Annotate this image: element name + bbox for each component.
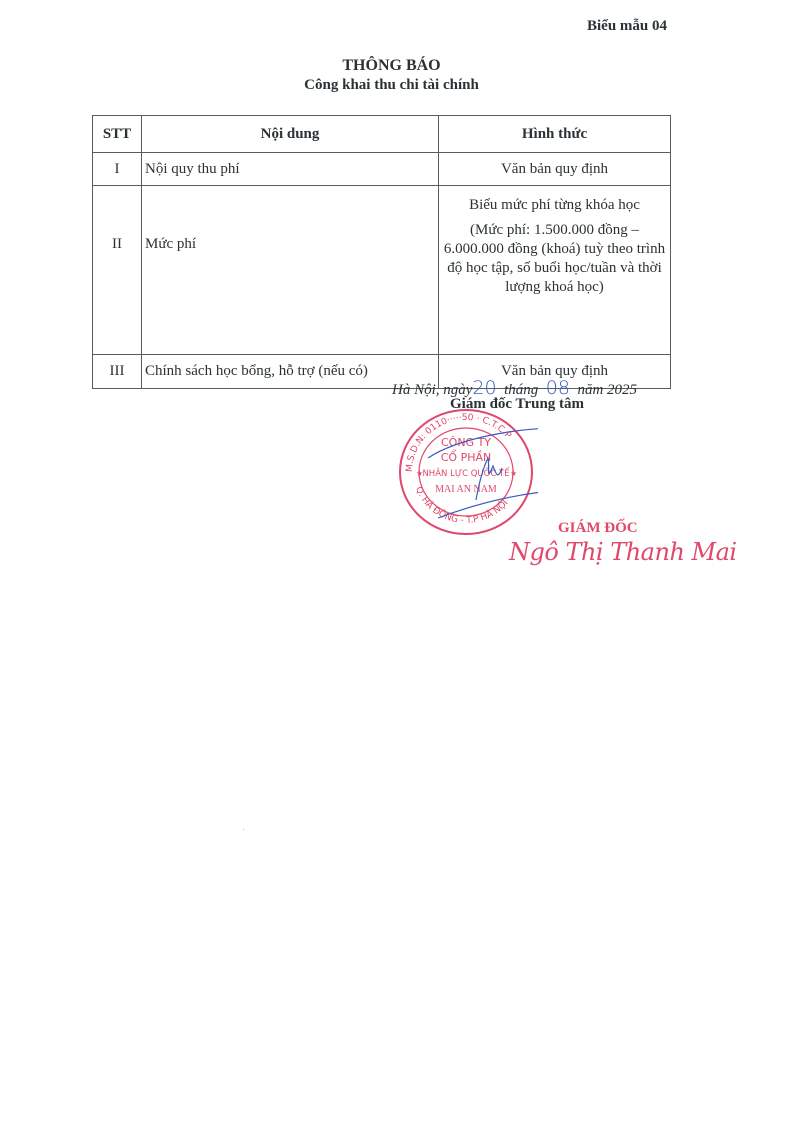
table-row: II Mức phí Biểu mức phí từng khóa học (M… — [93, 186, 671, 355]
header-stt: STT — [93, 116, 142, 153]
fee-range-note: (Mức phí: 1.500.000 đồng – 6.000.000 đồn… — [442, 221, 667, 297]
scan-speck — [243, 829, 244, 830]
svg-text:★: ★ — [510, 469, 517, 478]
signature-title: Giám đốc Trung tâm — [450, 396, 584, 413]
row-stt: I — [93, 153, 142, 186]
header-form: Hình thức — [439, 116, 671, 153]
year-label: năm 2025 — [577, 382, 637, 398]
table-row: I Nội quy thu phí Văn bản quy định — [93, 153, 671, 186]
director-label: GIÁM ĐỐC — [558, 520, 638, 537]
row-content: Mức phí — [142, 186, 439, 355]
row-content: Nội quy thu phí — [142, 153, 439, 186]
seal-line3: NHÂN LỰC QUỐC TẾ — [422, 466, 510, 479]
seal-line4: MAI AN NAM — [435, 484, 497, 495]
row-stt: II — [93, 186, 142, 355]
seal-line2: CỔ PHẦN — [441, 449, 492, 464]
row-form: Văn bản quy định — [439, 153, 671, 186]
row-stt: III — [93, 355, 142, 389]
document-title: THÔNG BÁO — [0, 57, 793, 75]
row-form-cell: Biểu mức phí từng khóa học (Mức phí: 1.5… — [439, 186, 671, 355]
form-number: Biểu mẫu 04 — [587, 18, 667, 35]
finance-disclosure-table: STT Nội dung Hình thức I Nội quy thu phí… — [92, 115, 671, 389]
table-header-row: STT Nội dung Hình thức — [93, 116, 671, 153]
document-subtitle: Công khai thu chi tài chính — [0, 77, 793, 94]
company-seal-icon: M.S.D.N: 0110·····50 · C.T.C.P Q. HÀ ĐÔN… — [398, 408, 538, 543]
director-name: Ngô Thị Thanh Mai — [509, 538, 737, 566]
header-content: Nội dung — [142, 116, 439, 153]
fee-schedule-heading: Biểu mức phí từng khóa học — [442, 196, 667, 215]
